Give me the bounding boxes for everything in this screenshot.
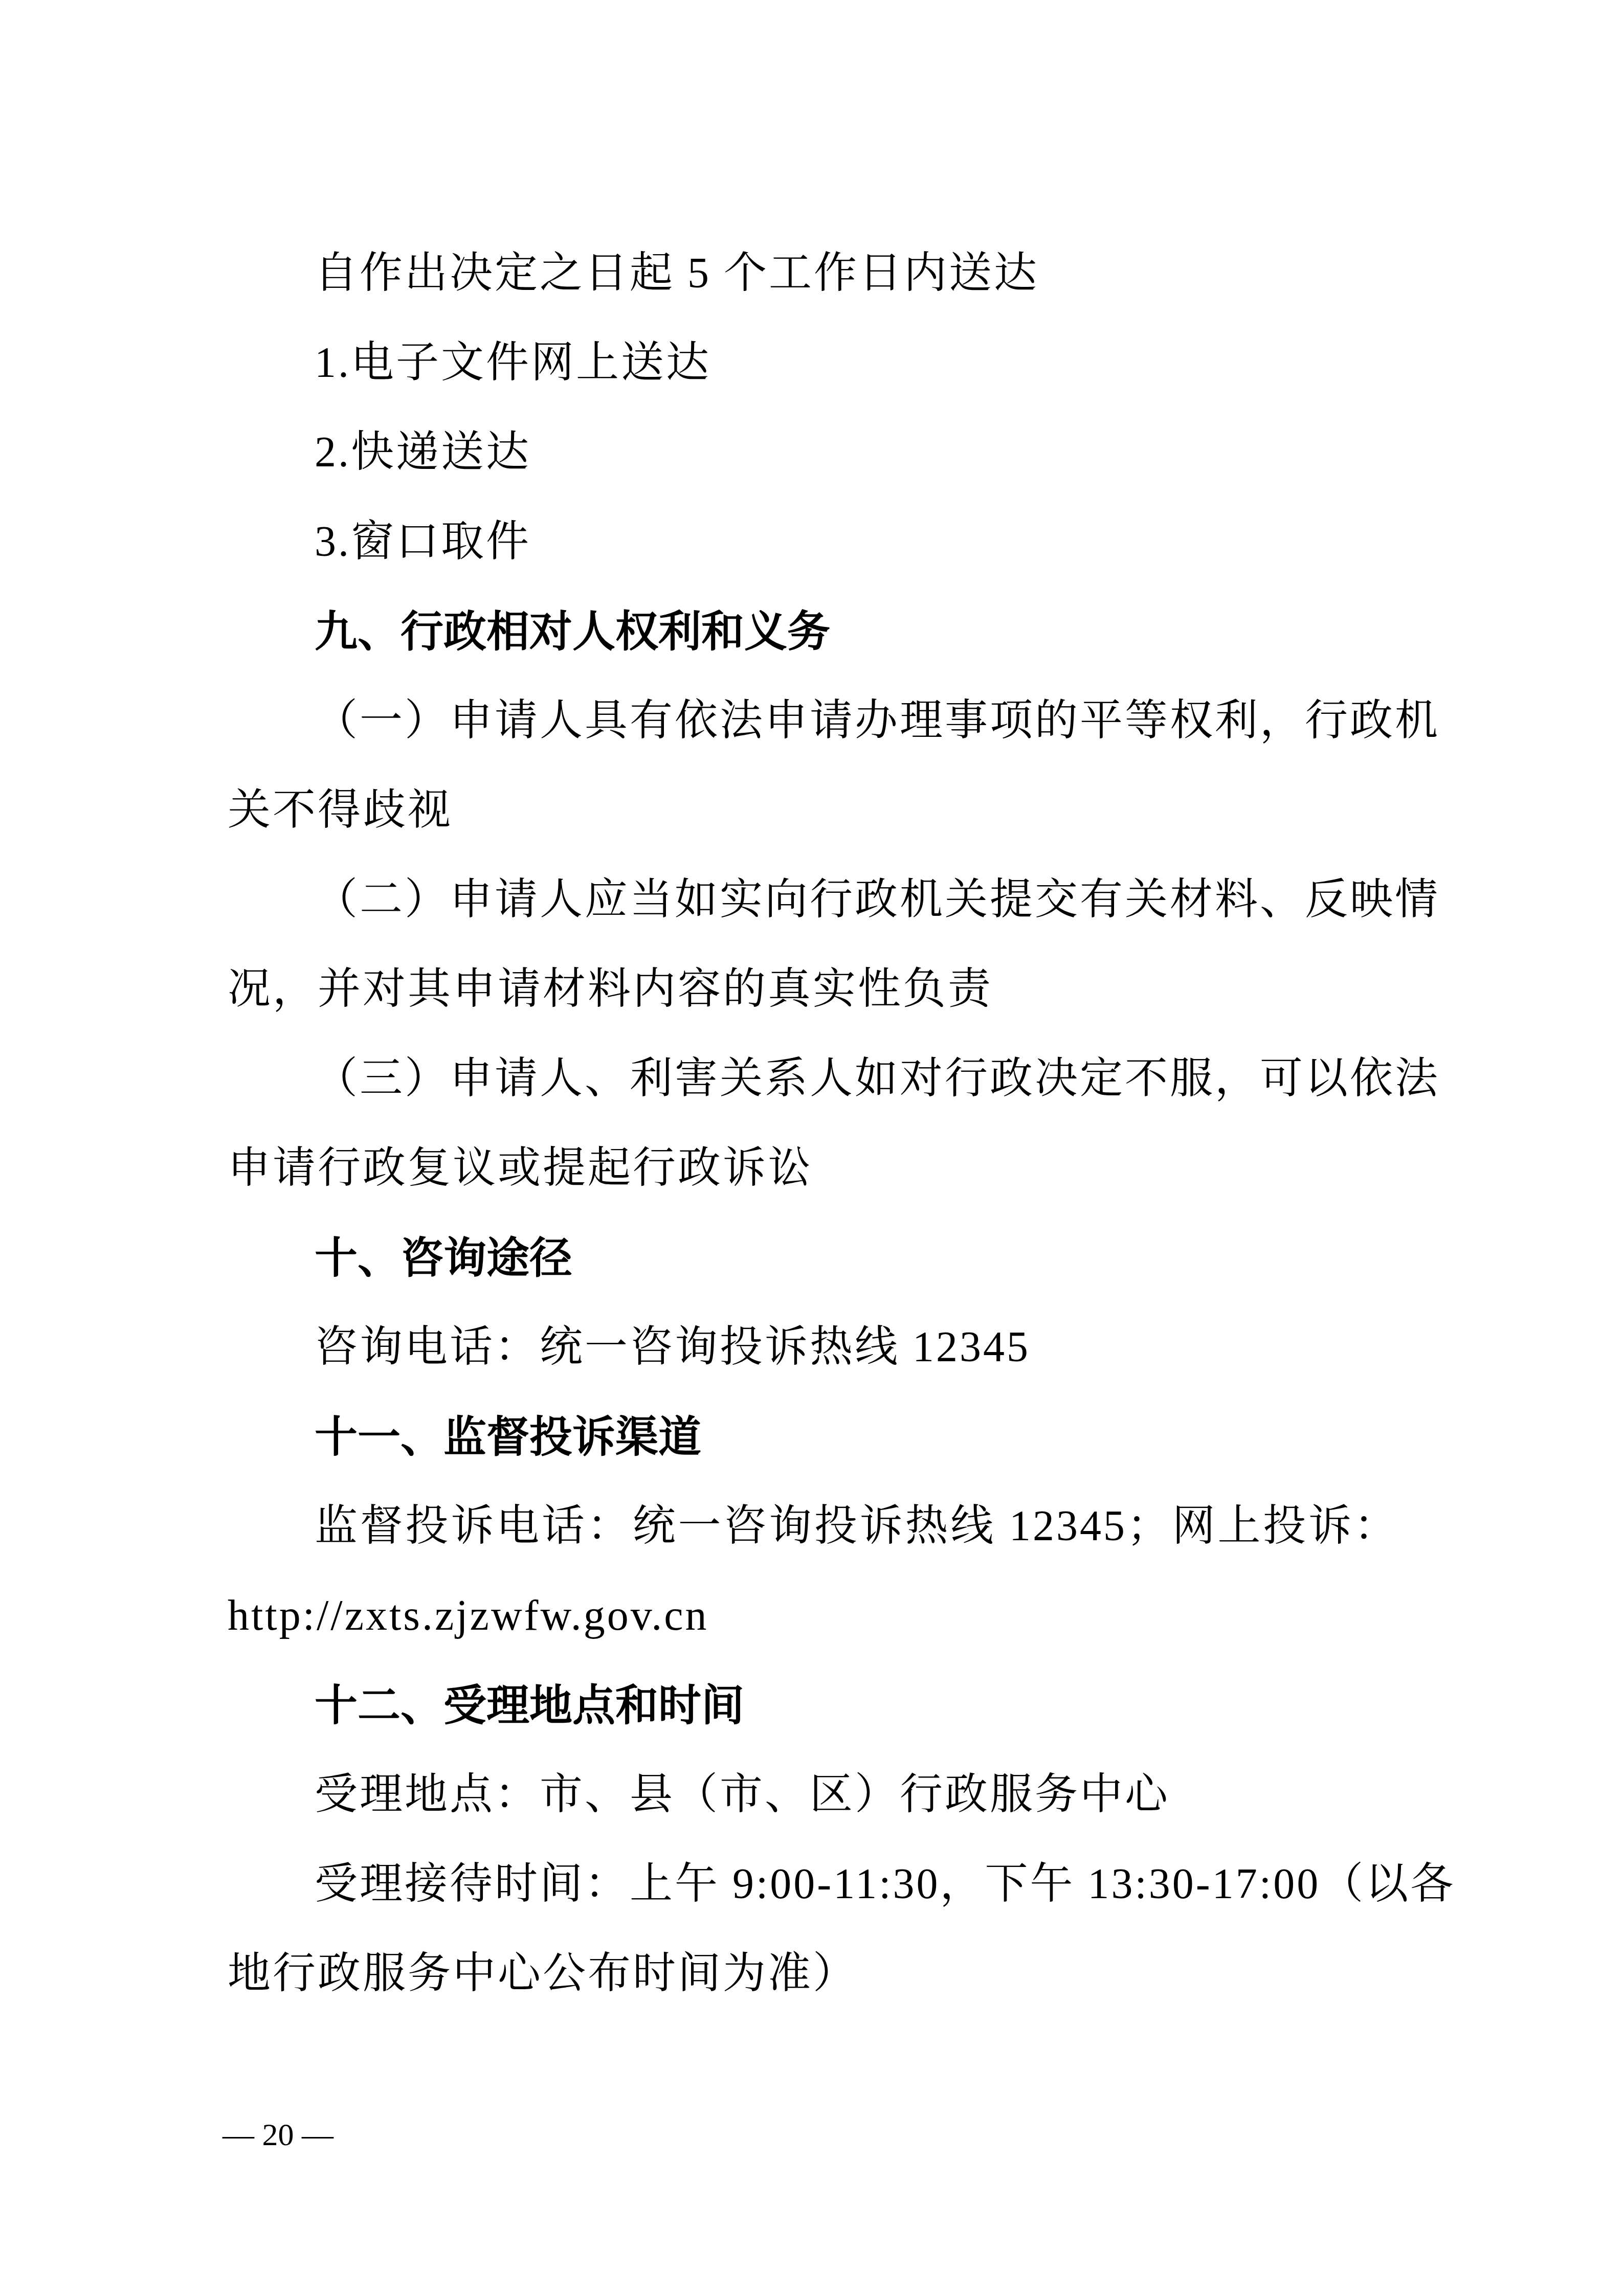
section-heading-consultation: 十、咨询途径	[315, 1230, 1399, 1286]
section-heading-rights: 九、行政相对人权利和义务	[315, 603, 1399, 660]
acceptance-hours-line-2: 地行政服务中心公布时间为准）	[228, 1946, 1399, 2002]
complaints-url-link[interactable]: http://zxts.zjzwfw.gov.cn	[228, 1588, 1399, 1644]
delivery-deadline-text: 自作出决定之日起 5 个工作日内送达	[315, 245, 1399, 302]
page-number: — 20 —	[223, 2112, 333, 2158]
section-heading-acceptance: 十二、受理地点和时间	[315, 1677, 1399, 1734]
rights-item-1-line-2: 关不得歧视	[228, 782, 1399, 839]
rights-item-2-line-1: （二）申请人应当如实向行政机关提交有关材料、反映情	[315, 872, 1399, 928]
rights-item-3-line-1: （三）申请人、利害关系人如对行政决定不服，可以依法	[315, 1051, 1399, 1107]
delivery-method-window: 3.窗口取件	[315, 514, 1399, 570]
delivery-method-online: 1.电子文件网上送达	[315, 335, 1399, 391]
acceptance-location: 受理地点：市、县（市、区）行政服务中心	[315, 1767, 1399, 1823]
rights-item-3-line-2: 申请行政复议或提起行政诉讼	[228, 1140, 1399, 1197]
section-heading-complaints: 十一、监督投诉渠道	[315, 1409, 1399, 1465]
consultation-phone: 咨询电话：统一咨询投诉热线 12345	[315, 1319, 1399, 1376]
acceptance-hours-line-1: 受理接待时间：上午 9:00-11:30，下午 13:30-17:00（以各	[315, 1856, 1399, 1912]
document-page: 自作出决定之日起 5 个工作日内送达 1.电子文件网上送达 2.快递送达 3.窗…	[0, 0, 1624, 2296]
complaints-phone: 监督投诉电话：统一咨询投诉热线 12345；网上投诉：	[315, 1498, 1399, 1555]
rights-item-1-line-1: （一）申请人具有依法申请办理事项的平等权利，行政机	[315, 693, 1399, 749]
delivery-method-express: 2.快递送达	[315, 424, 1399, 481]
rights-item-2-line-2: 况，并对其申请材料内容的真实性负责	[228, 961, 1399, 1018]
